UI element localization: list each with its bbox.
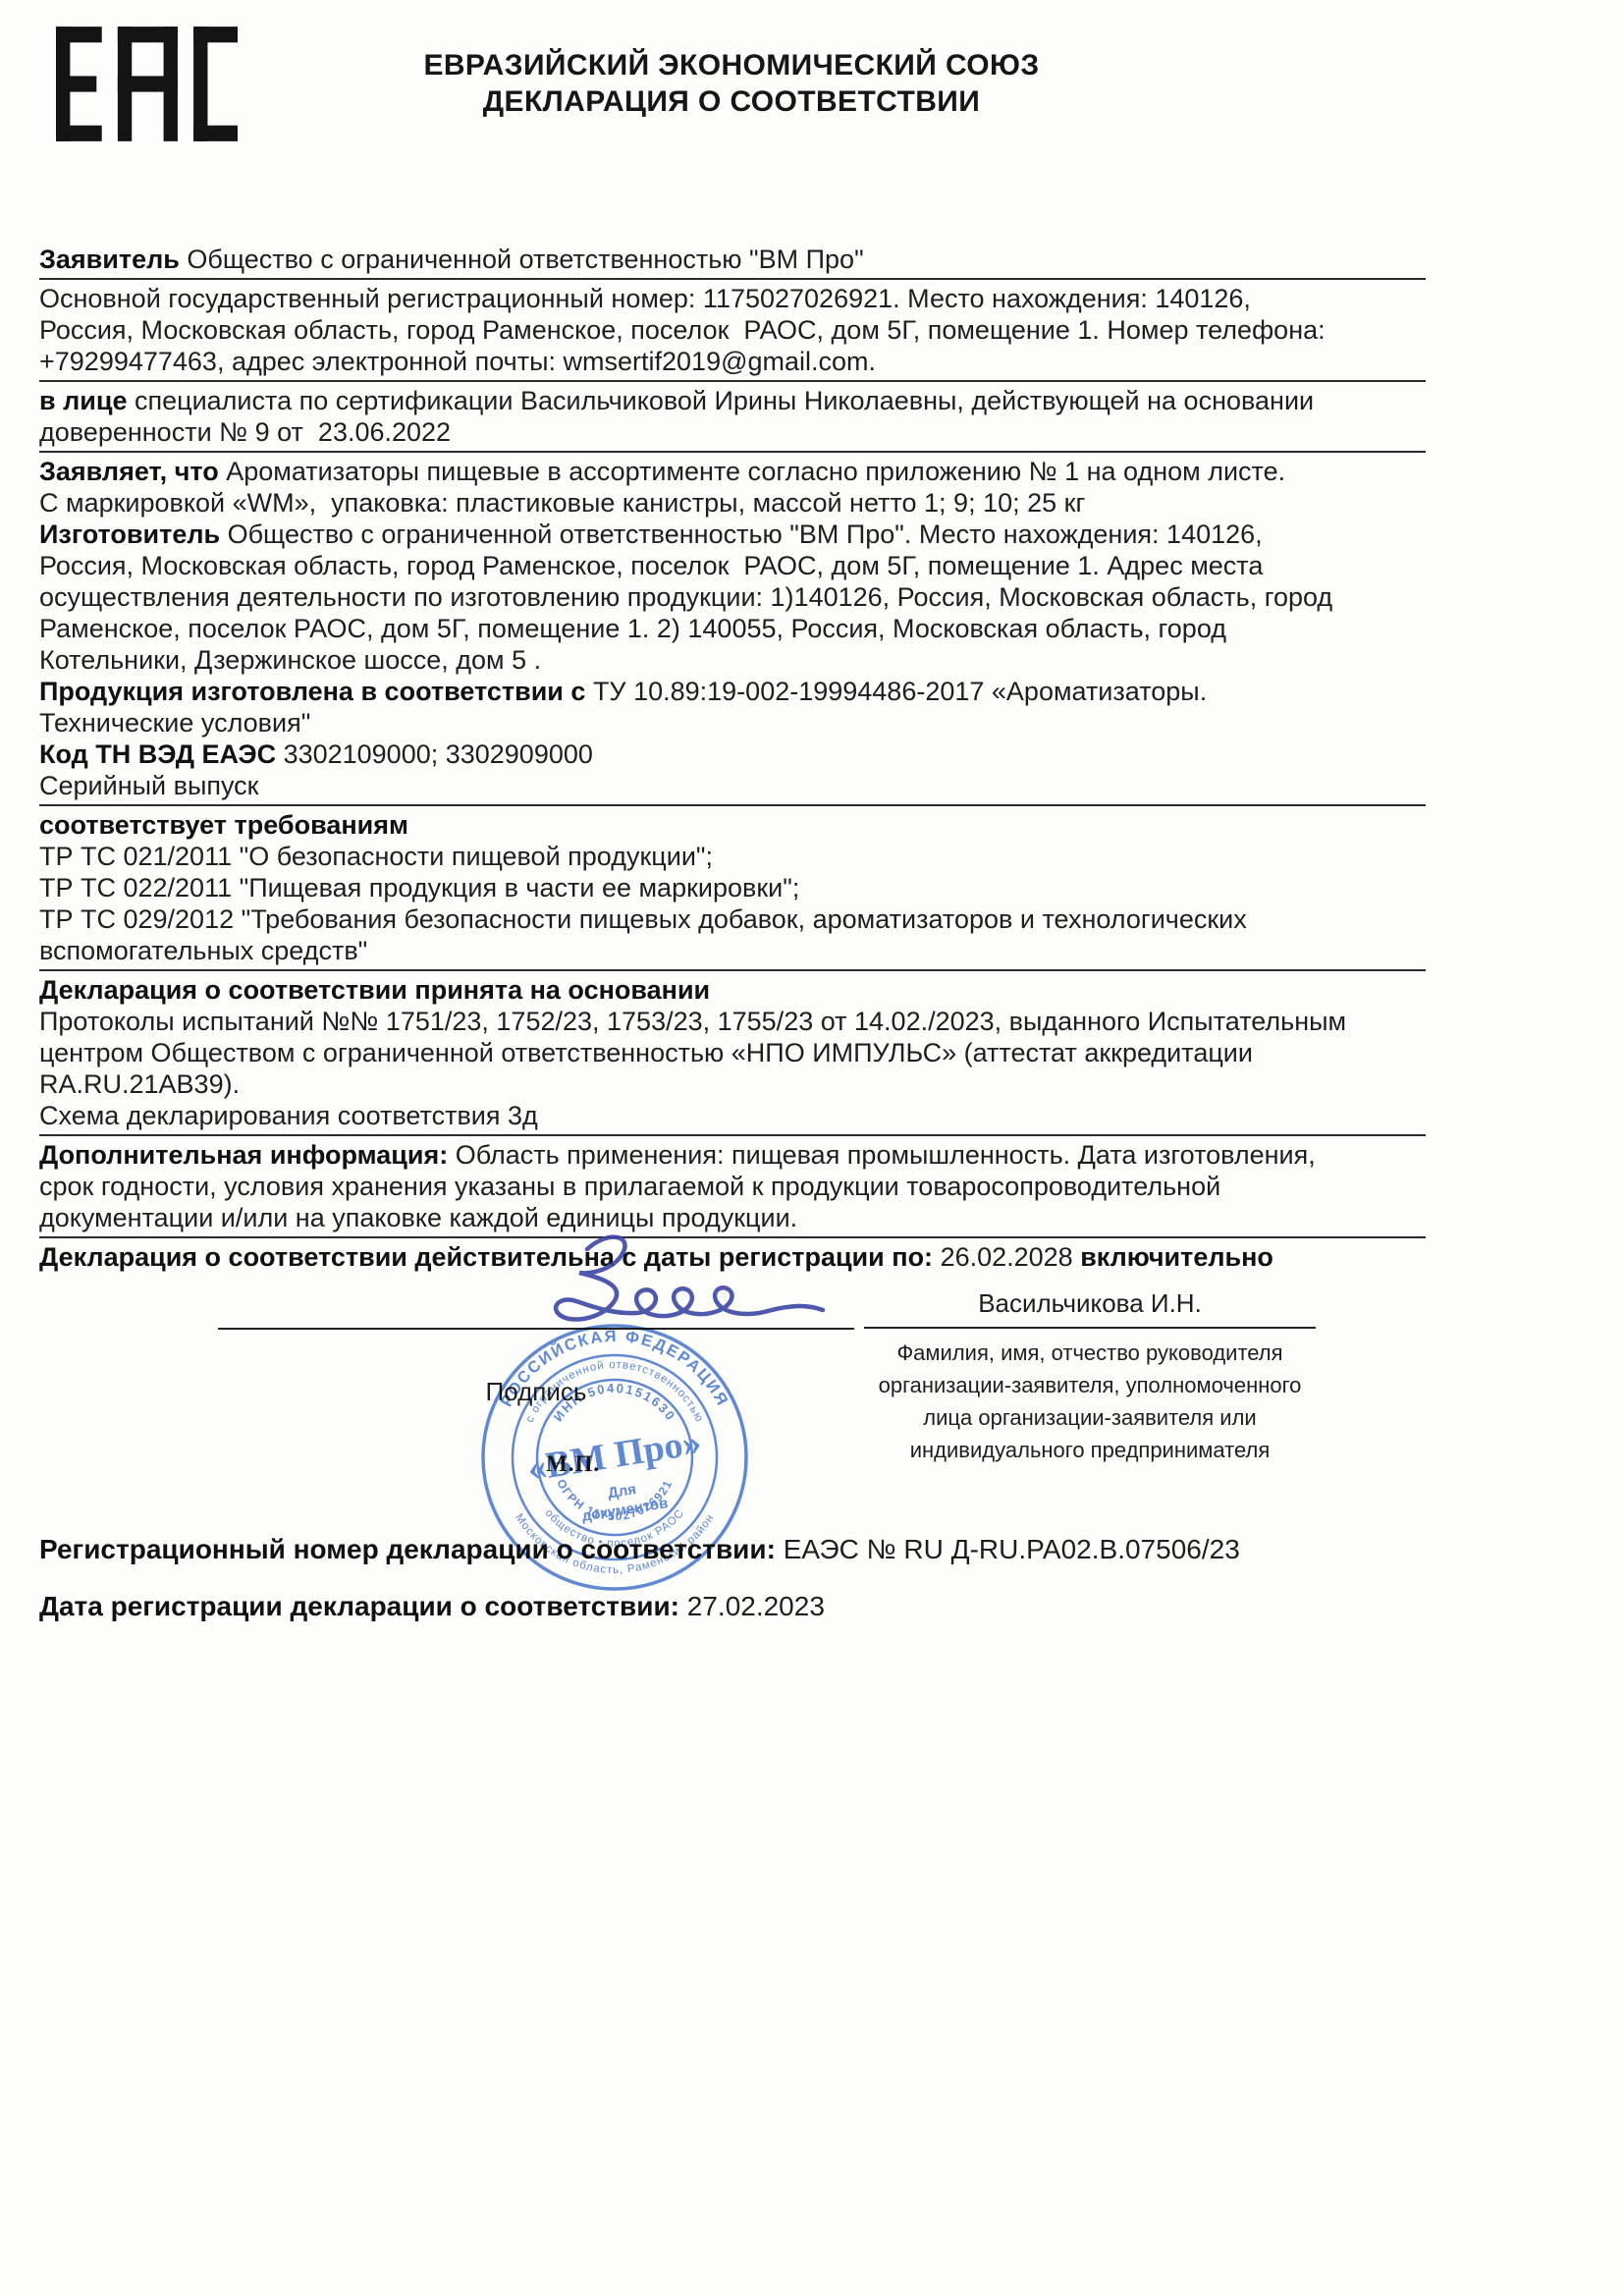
compliance-label: соответствует требованиям — [39, 810, 408, 840]
additional-info-line2: срок годности, условия хранения указаны … — [39, 1171, 1426, 1202]
signatory-name: Васильчикова И.Н. — [864, 1288, 1316, 1329]
applicant-line: Заявитель Общество с ограниченной ответс… — [39, 244, 1426, 275]
title-declaration: ДЕКЛАРАЦИЯ О СООТВЕТСТВИИ — [265, 83, 1198, 120]
validity-suffix: включительно — [1080, 1242, 1273, 1272]
represented-by-label: в лице — [39, 386, 127, 415]
manufacturer-line: Изготовитель Общество с ограниченной отв… — [39, 519, 1426, 550]
produced-per-line: Продукция изготовлена в соответствии с Т… — [39, 676, 1426, 707]
manufacturer-address-line: Россия, Московская область, город Раменс… — [39, 550, 1426, 581]
tnved-label: Код ТН ВЭД ЕАЭС — [39, 739, 276, 769]
basis-label: Декларация о соответствии принята на осн… — [39, 975, 710, 1005]
stamp-inn-text: ИНН 5040151630 — [551, 1381, 679, 1424]
tr-ts-029-line2: вспомогательных средств" — [39, 935, 1426, 966]
basis-section: Декларация о соответствии принята на осн… — [39, 974, 1426, 1136]
production-sites-line1: осуществления деятельности по изготовлен… — [39, 581, 1426, 613]
declares-label: Заявляет, что — [39, 457, 219, 486]
production-sites-line2: Раменское, поселок РАОС, дом 5Г, помещен… — [39, 613, 1426, 644]
tnved-value: 3302109000; 3302909000 — [276, 739, 593, 769]
stamp-company-name: «ВМ Про» — [524, 1421, 704, 1489]
document-header: ЕВРАЗИЙСКИЙ ЭКОНОМИЧЕСКИЙ СОЮЗ ДЕКЛАРАЦИ… — [265, 47, 1198, 120]
eac-logo — [56, 27, 238, 141]
registration-number-value: ЕАЭС № RU Д-RU.РА02.В.07506/23 — [776, 1534, 1240, 1564]
additional-info-section: Дополнительная информация: Область приме… — [39, 1139, 1426, 1238]
tech-conditions-line: Технические условия" — [39, 707, 1426, 738]
manufacturer-label: Изготовитель — [39, 519, 220, 549]
tnved-line: Код ТН ВЭД ЕАЭС 3302109000; 3302909000 — [39, 738, 1426, 770]
represented-by-section: в лице специалиста по сертификации Васил… — [39, 385, 1426, 453]
represented-by-value: специалиста по сертификации Васильчиково… — [127, 386, 1314, 415]
production-sites-line3: Котельники, Дзержинское шоссе, дом 5 . — [39, 644, 1426, 676]
protocols-line3: RA.RU.21AB39). — [39, 1068, 1426, 1100]
validity-date: 26.02.2028 — [933, 1242, 1080, 1272]
applicant-label: Заявитель — [39, 245, 180, 274]
title-union: ЕВРАЗИЙСКИЙ ЭКОНОМИЧЕСКИЙ СОЮЗ — [265, 47, 1198, 83]
protocols-line1: Протоколы испытаний №№ 1751/23, 1752/23,… — [39, 1006, 1426, 1037]
produced-per-label: Продукция изготовлена в соответствии с — [39, 677, 585, 706]
product-section: Заявляет, что Ароматизаторы пищевые в ас… — [39, 456, 1426, 806]
applicant-section: Заявитель Общество с ограниченной ответс… — [39, 244, 1426, 280]
represented-by-line: в лице специалиста по сертификации Васил… — [39, 385, 1426, 416]
compliance-header: соответствует требованиям — [39, 809, 1426, 841]
declares-line: Заявляет, что Ароматизаторы пищевые в ас… — [39, 456, 1426, 487]
additional-info-line1: Дополнительная информация: Область приме… — [39, 1139, 1426, 1171]
basis-header: Декларация о соответствии принята на осн… — [39, 974, 1426, 1006]
document-body: Заявитель Общество с ограниченной ответс… — [39, 244, 1426, 1279]
protocols-line2: центром Обществом с ограниченной ответст… — [39, 1037, 1426, 1068]
registration-date-value: 27.02.2023 — [679, 1591, 825, 1621]
address-line: Россия, Московская область, город Раменс… — [39, 314, 1426, 346]
applicant-value: Общество с ограниченной ответственностью… — [180, 245, 864, 274]
registration-date-row: Дата регистрации декларации о соответств… — [39, 1591, 825, 1622]
declaration-of-conformity-document: ЕВРАЗИЙСКИЙ ЭКОНОМИЧЕСКИЙ СОЮЗ ДЕКЛАРАЦИ… — [0, 0, 1624, 2296]
svg-text:ИНН 5040151630: ИНН 5040151630 — [551, 1381, 679, 1424]
produced-per-value: ТУ 10.89:19-002-19994486-2017 «Ароматиза… — [585, 677, 1207, 706]
company-round-stamp: РОССИЙСКАЯ ФЕДЕРАЦИЯ Московская область,… — [479, 1322, 750, 1593]
scheme-line: Схема декларирования соответствия 3д — [39, 1100, 1426, 1131]
ogrn-line: Основной государственный регистрационный… — [39, 283, 1426, 314]
serial-release-line: Серийный выпуск — [39, 770, 1426, 801]
marking-line: С маркировкой «WM», упаковка: пластиковы… — [39, 487, 1426, 519]
additional-info-label: Дополнительная информация: — [39, 1140, 448, 1170]
signatory-caption: Фамилия, имя, отчество руководителя орга… — [864, 1337, 1316, 1466]
declares-value: Ароматизаторы пищевые в ассортименте сог… — [219, 457, 1285, 486]
tr-ts-029-line1: ТР ТС 029/2012 "Требования безопасности … — [39, 903, 1426, 935]
signatory-block: Васильчикова И.Н. Фамилия, имя, отчество… — [864, 1288, 1316, 1466]
tr-ts-022-line: ТР ТС 022/2011 "Пищевая продукция в част… — [39, 872, 1426, 903]
manufacturer-value: Общество с ограниченной ответственностью… — [220, 519, 1263, 549]
registration-date-label: Дата регистрации декларации о соответств… — [39, 1591, 679, 1621]
compliance-section: соответствует требованиям ТР ТС 021/2011… — [39, 809, 1426, 971]
tr-ts-021-line: ТР ТС 021/2011 "О безопасности пищевой п… — [39, 841, 1426, 872]
additional-info-value: Область применения: пищевая промышленнос… — [448, 1140, 1316, 1170]
stamp-purpose-line1: Для — [607, 1481, 637, 1502]
applicant-details-section: Основной государственный регистрационный… — [39, 283, 1426, 382]
contacts-line: +79299477463, адрес электронной почты: w… — [39, 346, 1426, 377]
power-of-attorney-line: доверенности № 9 от 23.06.2022 — [39, 416, 1426, 448]
